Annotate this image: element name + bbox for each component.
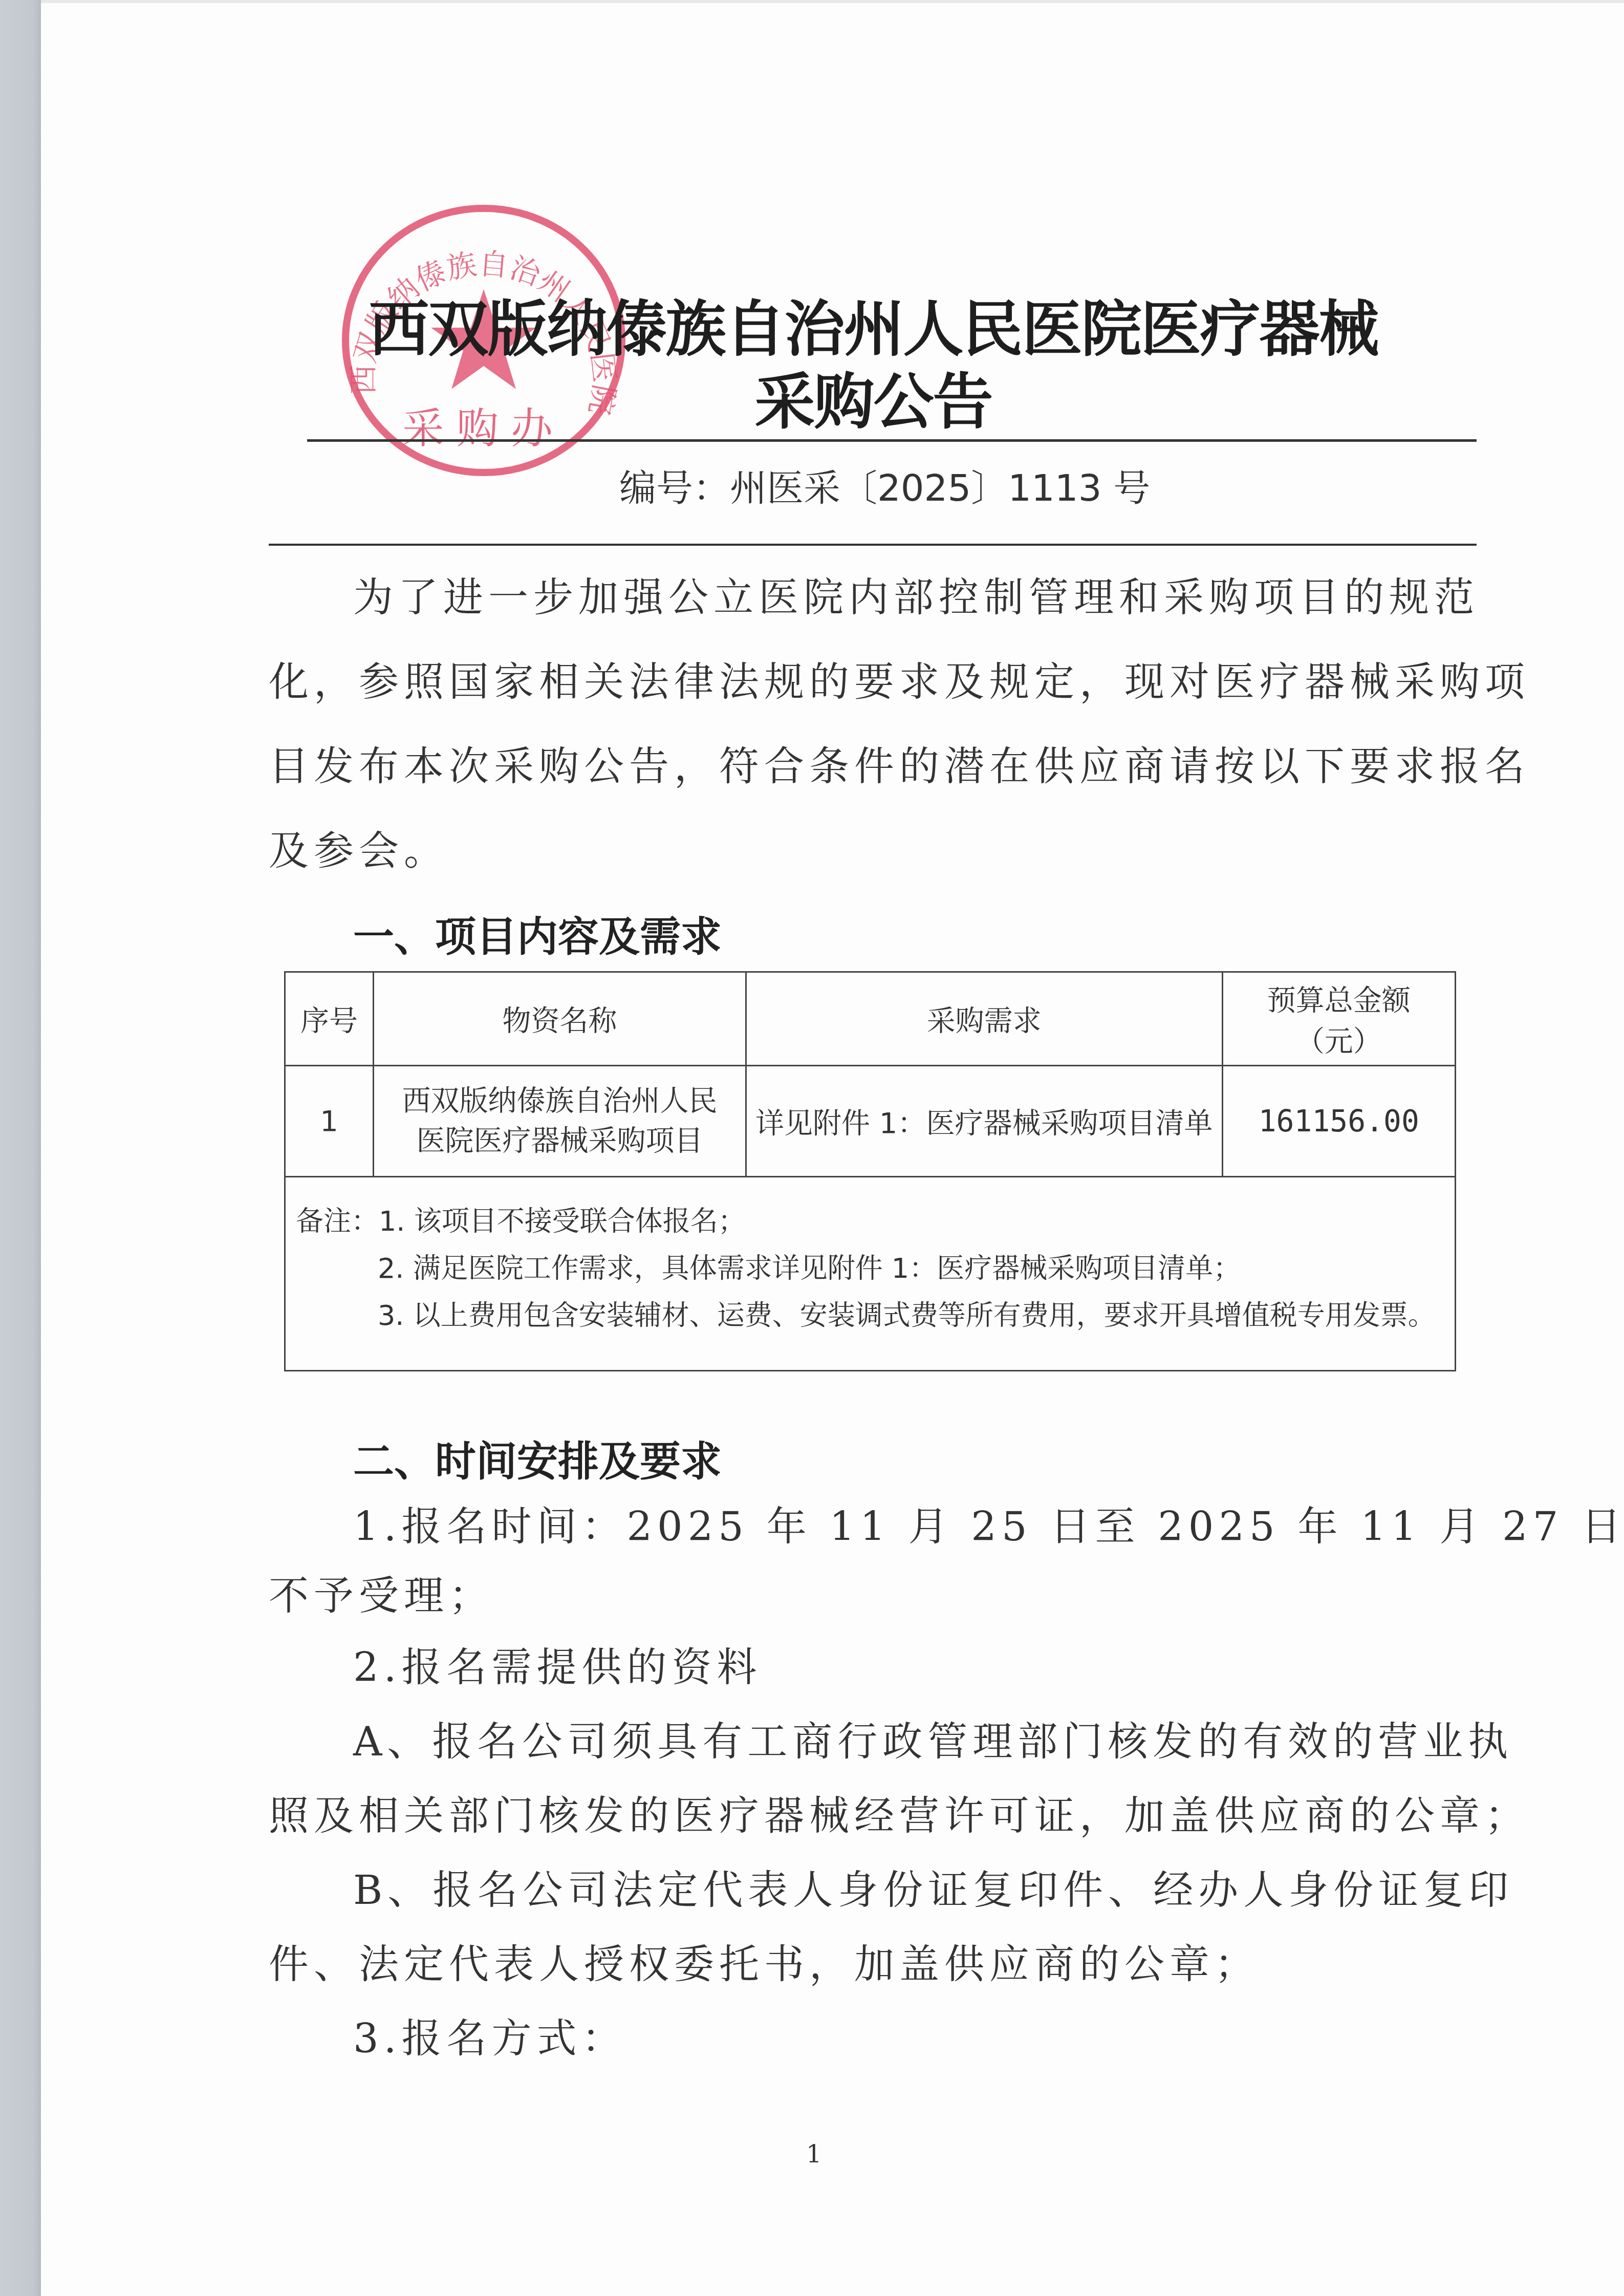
cell-budget: 161156.00 — [1222, 1066, 1455, 1177]
note-3: 3. 以上费用包含安装辅材、运费、安装调式费等所有费用，要求开具增值税专用发票。 — [296, 1292, 1455, 1339]
page-number: 1 — [806, 2140, 822, 2169]
scan-left-edge — [0, 0, 41, 2296]
section1-heading: 一、项目内容及需求 — [353, 904, 722, 962]
table-notes-row: 备注：1. 该项目不接受联合体报名； 2. 满足医院工作需求，具体需求详见附件 … — [285, 1177, 1456, 1371]
table-header-row: 序号 物资名称 采购需求 预算总金额 （元） — [285, 972, 1456, 1066]
intro-line-2: 化，参照国家相关法律法规的要求及规定，现对医疗器械采购项 — [269, 650, 1477, 707]
cell-item-name: 西双版纳傣族自治州人民 医院医疗器械采购项目 — [374, 1066, 746, 1177]
document-title-line2: 采购公告 — [61, 353, 1624, 440]
section2-heading: 二、时间安排及要求 — [353, 1428, 722, 1487]
items-table: 序号 物资名称 采购需求 预算总金额 （元） 1 西双版纳傣族自治州人民 医院医… — [284, 971, 1456, 1371]
intro-line-4: 及参会。 — [269, 819, 1477, 876]
header-index: 序号 — [285, 972, 374, 1066]
cell-item-name-line1: 西双版纳傣族自治州人民 — [402, 1084, 717, 1118]
registration-time-line2: 不予受理； — [269, 1564, 1477, 1621]
requirement-a-line1: A、报名公司须具有工商行政管理部门核发的有效的营业执 — [353, 1710, 1561, 1767]
intro-line-3: 目发布本次采购公告，符合条件的潜在供应商请按以下要求报名 — [269, 735, 1477, 792]
header-requirement: 采购需求 — [746, 972, 1222, 1066]
cell-requirement: 详见附件 1：医疗器械采购项目清单 — [746, 1066, 1222, 1177]
required-materials: 2.报名需提供的资料 — [353, 1636, 1561, 1693]
requirement-b-line2: 件、法定代表人授权委托书，加盖供应商的公章； — [269, 1933, 1477, 1990]
requirement-b-line1: B、报名公司法定代表人身份证复印件、经办人身份证复印 — [353, 1858, 1561, 1916]
document-number: 编号：州医采〔2025〕1113 号 — [619, 458, 1150, 511]
notes-cell: 备注：1. 该项目不接受联合体报名； 2. 满足医院工作需求，具体需求详见附件 … — [285, 1177, 1456, 1371]
note-1: 备注：1. 该项目不接受联合体报名； — [296, 1198, 1455, 1245]
registration-method: 3.报名方式： — [353, 2007, 1561, 2064]
header-divider — [269, 544, 1477, 546]
cell-item-name-line2: 医院医疗器械采购项目 — [416, 1124, 703, 1157]
header-budget: 预算总金额 （元） — [1222, 972, 1455, 1066]
requirement-a-line2: 照及相关部门核发的医疗器械经营许可证，加盖供应商的公章； — [269, 1784, 1477, 1841]
registration-time-line1: 1.报名时间：2025 年 11 月 25 日至 2025 年 11 月 27 … — [353, 1495, 1561, 1552]
table-row: 1 西双版纳傣族自治州人民 医院医疗器械采购项目 详见附件 1：医疗器械采购项目… — [285, 1066, 1456, 1177]
header-budget-label: 预算总金额 — [1267, 984, 1411, 1017]
header-budget-unit: （元） — [1296, 1025, 1382, 1058]
header-item-name: 物资名称 — [374, 972, 746, 1066]
title-divider — [307, 439, 1477, 442]
scan-top-edge — [41, 0, 1624, 3]
intro-line-1: 为了进一步加强公立医院内部控制管理和采购项目的规范 — [353, 566, 1561, 623]
cell-index: 1 — [285, 1066, 374, 1177]
note-2: 2. 满足医院工作需求，具体需求详见附件 1：医疗器械采购项目清单； — [296, 1245, 1455, 1292]
